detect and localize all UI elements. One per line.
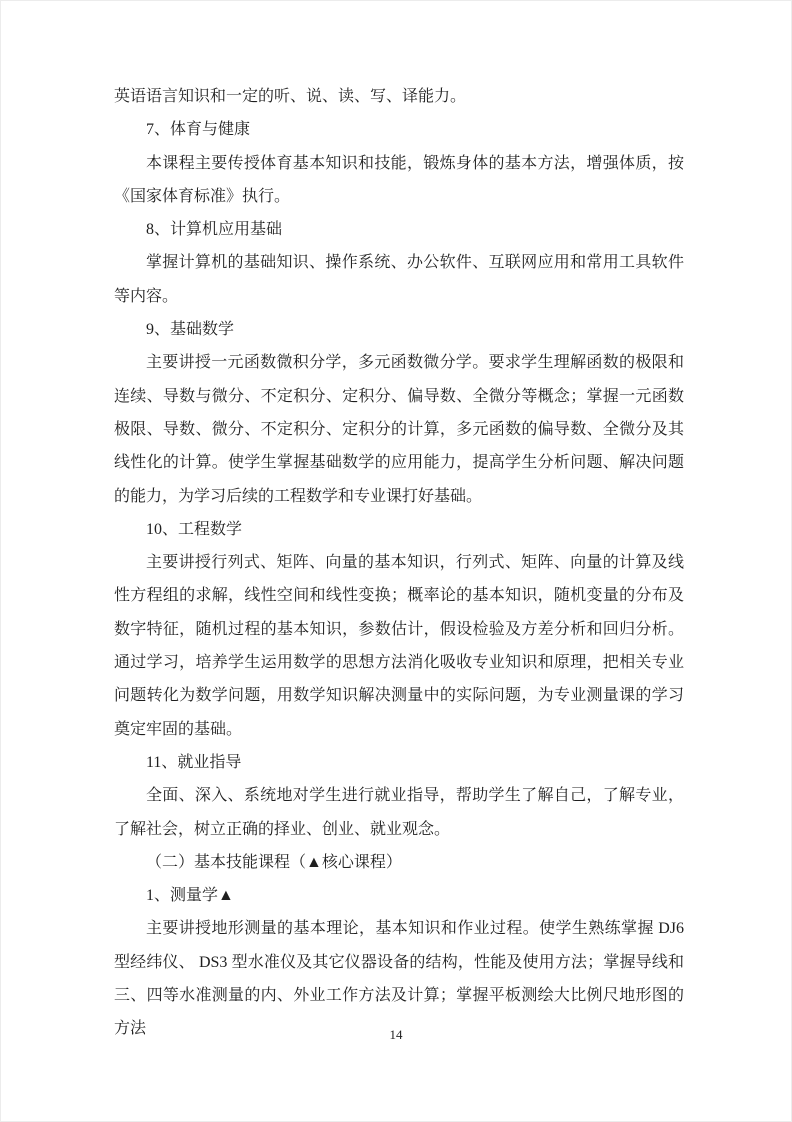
page-number: 14 (1, 1027, 791, 1043)
paragraph: 本课程主要传授体育基本知识和技能，锻炼身体的基本方法，增强体质，按《国家体育标准… (114, 147, 684, 214)
paragraph: 主要讲授行列式、矩阵、向量的基本知识，行列式、矩阵、向量的计算及线性方程组的求解… (114, 546, 684, 746)
page-body-text: 英语语言知识和一定的听、说、读、写、译能力。 7、体育与健康 本课程主要传授体育… (114, 80, 684, 1046)
subsection-heading-basic-skills: （二）基本技能课程（▲核心课程） (114, 846, 684, 879)
section-heading-11: 11、就业指导 (114, 746, 684, 779)
section-heading-7: 7、体育与健康 (114, 113, 684, 146)
section-heading-8: 8、计算机应用基础 (114, 213, 684, 246)
paragraph: 主要讲授一元函数微积分学，多元函数微分学。要求学生理解函数的极限和连续、导数与微… (114, 346, 684, 512)
section-heading-9: 9、基础数学 (114, 313, 684, 346)
document-page: 英语语言知识和一定的听、说、读、写、译能力。 7、体育与健康 本课程主要传授体育… (0, 0, 792, 1122)
paragraph-continuation: 英语语言知识和一定的听、说、读、写、译能力。 (114, 80, 684, 113)
section-heading-10: 10、工程数学 (114, 513, 684, 546)
paragraph: 全面、深入、系统地对学生进行就业指导，帮助学生了解自己，了解专业，了解社会，树立… (114, 779, 684, 846)
paragraph: 掌握计算机的基础知识、操作系统、办公软件、互联网应用和常用工具软件等内容。 (114, 246, 684, 313)
paragraph: 主要讲授地形测量的基本理论，基本知识和作业过程。使学生熟练掌握 DJ6 型经纬仪… (114, 912, 684, 1045)
course-heading-surveying: 1、测量学▲ (114, 879, 684, 912)
